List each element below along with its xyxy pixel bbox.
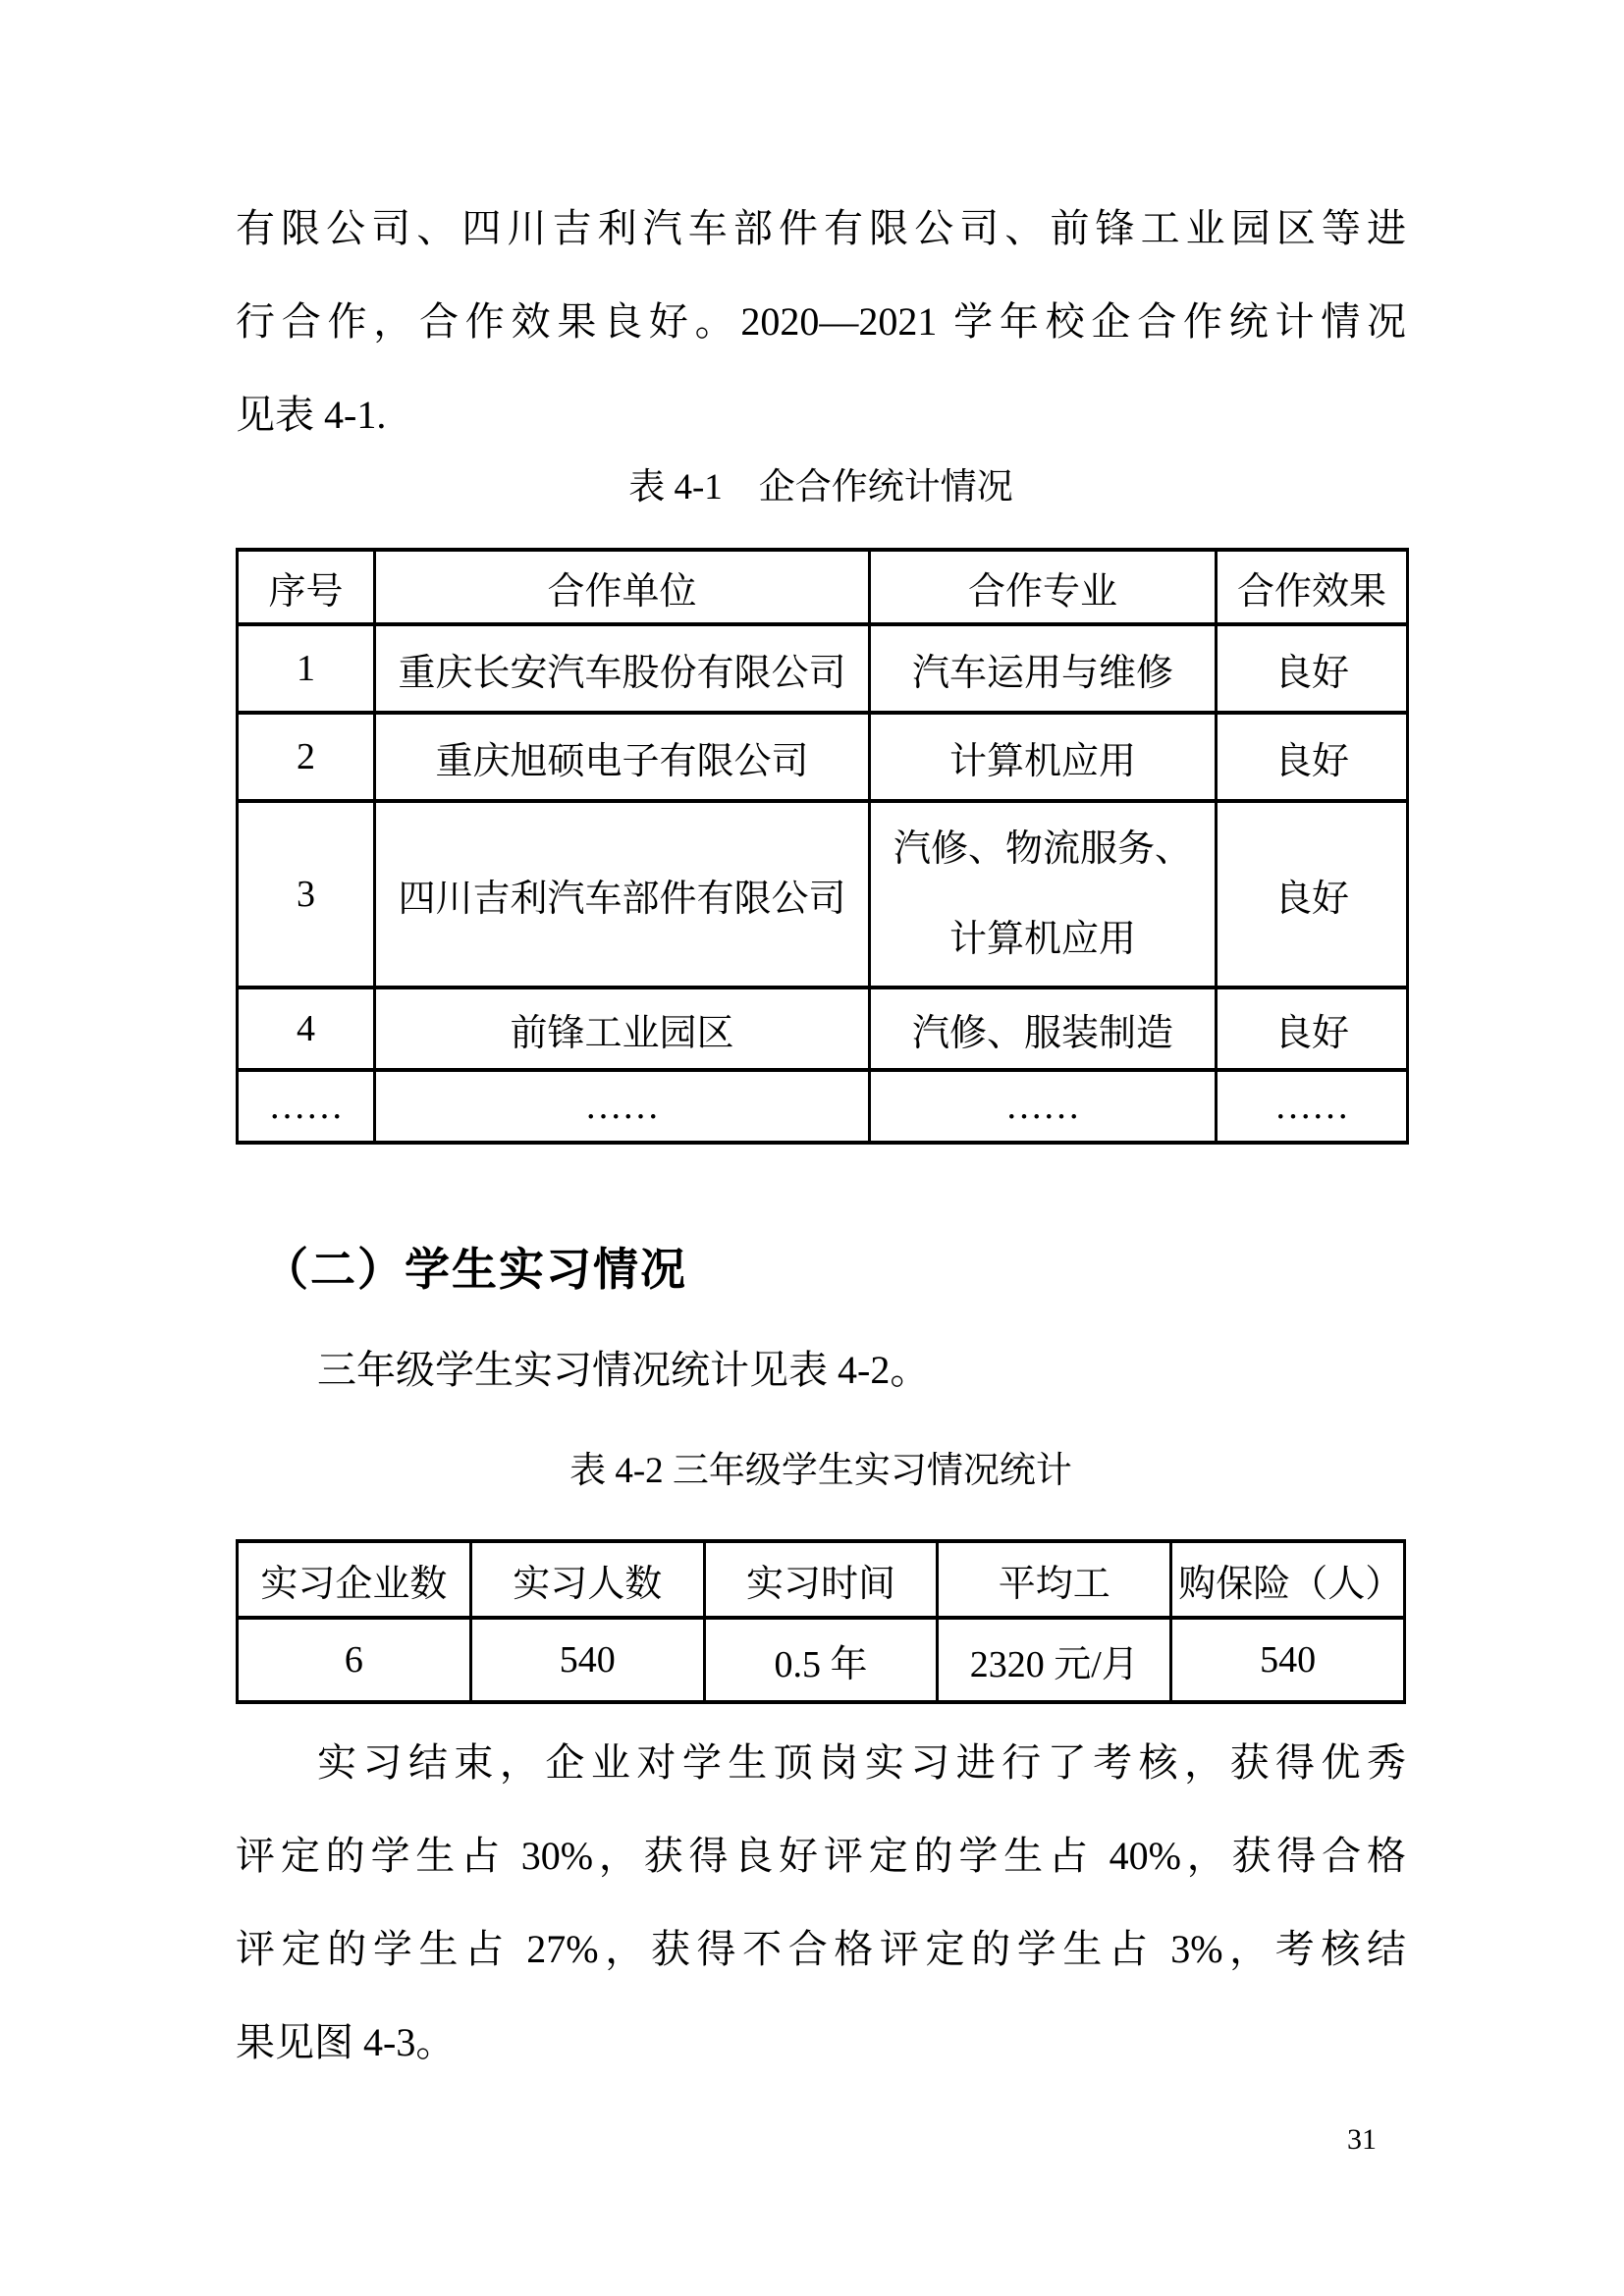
table-cell: ……: [870, 1070, 1217, 1143]
table-cell: 良好: [1217, 801, 1408, 988]
table-cell: 3: [238, 801, 375, 988]
table-cell: 6: [238, 1618, 471, 1702]
table-cell: 2320 元/月: [938, 1618, 1171, 1702]
table-cell: 良好: [1217, 713, 1408, 801]
table-header-row: 序号 合作单位 合作专业 合作效果: [238, 550, 1408, 624]
table-header-cell: 合作单位: [375, 550, 870, 624]
table-cell: 汽车运用与维修: [870, 624, 1217, 713]
table-cell: 1: [238, 624, 375, 713]
table-row: 4 前锋工业园区 汽修、服装制造 良好: [238, 988, 1408, 1070]
table-row: 6 540 0.5 年 2320 元/月 540: [238, 1618, 1405, 1702]
cooperation-table: 序号 合作单位 合作专业 合作效果 1 重庆长安汽车股份有限公司 汽车运用与维修…: [236, 548, 1409, 1145]
table-header-cell: 合作专业: [870, 550, 1217, 624]
table-cell: 2: [238, 713, 375, 801]
table-cell: 540: [1171, 1618, 1405, 1702]
paragraph-line: 实习结束，企业对学生顶岗实习进行了考核，获得优秀: [236, 1716, 1406, 1809]
table-cell: 重庆长安汽车股份有限公司: [375, 624, 870, 713]
table-header-cell: 购保险（人）: [1171, 1541, 1405, 1618]
table-cell: 前锋工业园区: [375, 988, 870, 1070]
paragraph-cooperation: 有限公司、四川吉利汽车部件有限公司、前锋工业园区等进 行合作，合作效果良好。20…: [236, 182, 1406, 461]
table-header-cell: 实习企业数: [238, 1541, 471, 1618]
table-row: 1 重庆长安汽车股份有限公司 汽车运用与维修 良好: [238, 624, 1408, 713]
paragraph-line: 果见图 4-3。: [236, 1996, 1406, 2089]
paragraph-assessment: 实习结束，企业对学生顶岗实习进行了考核，获得优秀 评定的学生占 30%，获得良好…: [236, 1716, 1406, 2089]
internship-table: 实习企业数 实习人数 实习时间 平均工 购保险（人） 6 540 0.5 年 2…: [236, 1539, 1406, 1704]
table-header-row: 实习企业数 实习人数 实习时间 平均工 购保险（人）: [238, 1541, 1405, 1618]
paragraph-line: 见表 4-1.: [236, 368, 1406, 461]
table-cell: ……: [238, 1070, 375, 1143]
table-cell: 计算机应用: [870, 713, 1217, 801]
table-header-cell: 实习人数: [470, 1541, 704, 1618]
paragraph-line: 评定的学生占 27%，获得不合格评定的学生占 3%，考核结: [236, 1902, 1406, 1996]
table-cell: ……: [1217, 1070, 1408, 1143]
table-cell: 良好: [1217, 988, 1408, 1070]
table-header-cell: 序号: [238, 550, 375, 624]
table-row: 2 重庆旭硕电子有限公司 计算机应用 良好: [238, 713, 1408, 801]
page-number: 31: [1347, 2122, 1377, 2158]
document-page: 有限公司、四川吉利汽车部件有限公司、前锋工业园区等进 行合作，合作效果良好。20…: [0, 0, 1624, 2296]
table-cell: 540: [470, 1618, 704, 1702]
table-row: …… …… …… ……: [238, 1070, 1408, 1143]
table-cell: 重庆旭硕电子有限公司: [375, 713, 870, 801]
table-cell: ……: [375, 1070, 870, 1143]
table-row: 3 四川吉利汽车部件有限公司 汽修、物流服务、 计算机应用 良好: [238, 801, 1408, 988]
table-cell: 良好: [1217, 624, 1408, 713]
table-header-cell: 实习时间: [704, 1541, 938, 1618]
table2-caption: 表 4-2 三年级学生实习情况统计: [236, 1447, 1406, 1496]
table-cell: 4: [238, 988, 375, 1070]
table-cell: 0.5 年: [704, 1618, 938, 1702]
table-cell: 汽修、服装制造: [870, 988, 1217, 1070]
section-intro-line: 三年级学生实习情况统计见表 4-2。: [236, 1335, 1406, 1406]
table-header-cell: 平均工: [938, 1541, 1171, 1618]
paragraph-line: 行合作，合作效果良好。2020—2021 学年校企合作统计情况: [236, 275, 1406, 368]
paragraph-line: 评定的学生占 30%，获得良好评定的学生占 40%，获得合格: [236, 1809, 1406, 1902]
paragraph-line: 有限公司、四川吉利汽车部件有限公司、前锋工业园区等进: [236, 182, 1406, 275]
table1-caption: 表 4-1 企合作统计情况: [236, 463, 1406, 512]
table-cell: 汽修、物流服务、 计算机应用: [870, 801, 1217, 988]
section-heading: （二）学生实习情况: [263, 1239, 1406, 1300]
table-header-cell: 合作效果: [1217, 550, 1408, 624]
table-cell: 四川吉利汽车部件有限公司: [375, 801, 870, 988]
page-content: 有限公司、四川吉利汽车部件有限公司、前锋工业园区等进 行合作，合作效果良好。20…: [236, 0, 1406, 2089]
